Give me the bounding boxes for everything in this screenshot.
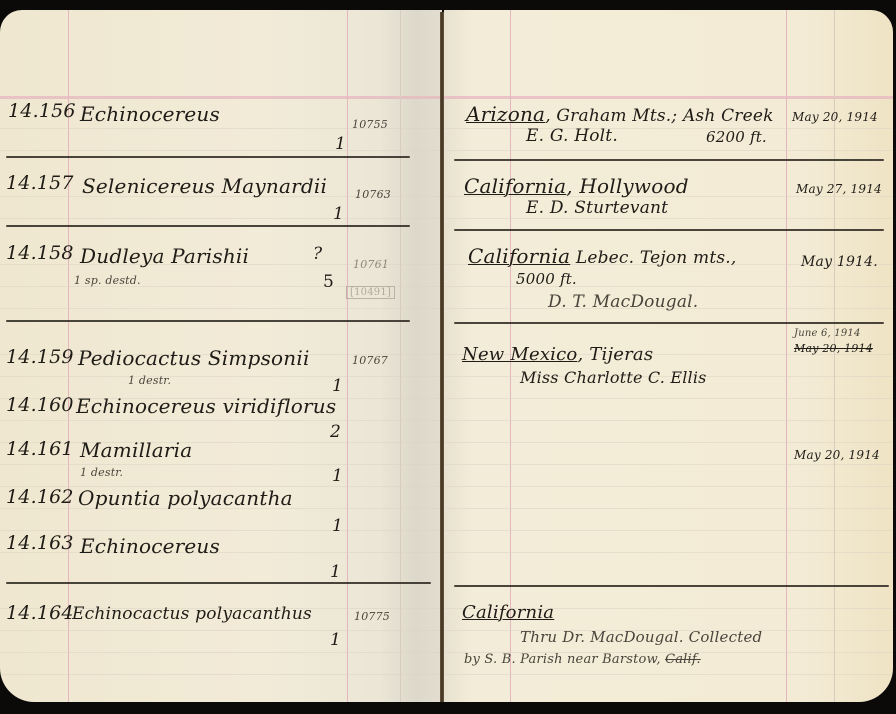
entry-note: 1 destr. (80, 466, 123, 479)
species-name: Selenicereus Maynardii (82, 174, 327, 198)
catalog-number: 10763 (355, 188, 391, 201)
species-name: Mamillaria (80, 438, 192, 462)
collector: D. T. MacDougal. (548, 292, 698, 312)
entry-number: 14.162 (6, 486, 74, 508)
count-column-rule (347, 10, 348, 702)
entry-note: 1 sp. destd. (74, 274, 141, 287)
entry-note: 1 destr. (128, 374, 171, 387)
specimen-count: 1 (330, 562, 341, 582)
locality-line: California Lebec. Tejon mts., (468, 244, 736, 268)
entry-number: 14.163 (6, 532, 74, 554)
specimen-count: 1 (332, 376, 343, 396)
collection-date: June 6, 1914 (794, 328, 861, 339)
species-name: Opuntia polyacantha (78, 486, 293, 510)
locality-line: New Mexico, Tijeras (462, 344, 653, 365)
locality-line: California (462, 602, 554, 623)
left-page: 14.156 Echinocereus 1 10755 14.157 Selen… (0, 10, 442, 702)
entry-number: 14.157 (6, 172, 74, 194)
boxed-number: [10491] (346, 286, 395, 299)
collection-date: May 20, 1914 (792, 110, 878, 124)
species-name: Dudleya Parishii (80, 244, 249, 268)
ledger-book: 14.156 Echinocereus 1 10755 14.157 Selen… (0, 0, 896, 714)
struck-date: May 20, 1914 (794, 342, 873, 355)
specimen-count: 1 (333, 204, 344, 224)
locality-line: California, Hollywood (464, 174, 689, 198)
locality-line: Arizona, Graham Mts.; Ash Creek (466, 102, 774, 126)
collection-date: May 27, 1914 (796, 182, 882, 196)
specimen-count: 1 (335, 134, 346, 154)
collector-detail: by S. B. Parish near Barstow, (464, 652, 661, 667)
species-name: Pediocactus Simpsonii (78, 346, 310, 370)
species-name: Echinocereus (80, 102, 220, 126)
state: New Mexico (462, 344, 577, 365)
state: California (462, 602, 554, 623)
locality: , Hollywood (566, 174, 689, 198)
collector: Miss Charlotte C. Ellis (520, 368, 707, 387)
catalog-number: 10755 (352, 118, 388, 131)
specimen-count: 2 (330, 422, 341, 442)
state: California (468, 244, 570, 268)
locality: Lebec. Tejon mts., (570, 248, 736, 268)
specimen-count: 1 (330, 630, 341, 650)
header-rule (0, 96, 442, 99)
collector: E. G. Holt. (526, 126, 618, 146)
catalog-number: 10775 (354, 610, 390, 623)
collector-line-2: by S. B. Parish near Barstow, Calif. (464, 652, 701, 667)
collection-date: May 20, 1914 (794, 448, 880, 462)
query-mark: ? (313, 244, 322, 264)
struck-text: Calif. (665, 652, 701, 667)
entry-number: 14.164 (6, 602, 74, 624)
header-rule (444, 96, 893, 99)
catalog-number: 10761 (353, 258, 389, 271)
locality: , Graham Mts.; Ash Creek (545, 106, 773, 126)
specimen-count: 1 (332, 466, 343, 486)
collection-date: May 1914. (801, 254, 878, 270)
date-column-rule (786, 10, 787, 702)
species-name: Echinocereus (80, 534, 220, 558)
specimen-count: 5 (323, 272, 334, 292)
entry-number: 14.158 (6, 242, 74, 264)
right-page: Arizona, Graham Mts.; Ash Creek E. G. Ho… (444, 10, 893, 702)
collector: E. D. Sturtevant (526, 198, 668, 218)
species-name: Echinocereus viridiflorus (76, 394, 336, 418)
state: California (464, 174, 566, 198)
catalog-column-rule (400, 10, 401, 702)
entry-number: 14.160 (6, 394, 74, 416)
entry-number: 14.161 (6, 438, 74, 460)
elevation: 5000 ft. (516, 270, 577, 288)
elevation: 6200 ft. (706, 128, 767, 146)
entry-number: 14.156 (8, 100, 76, 122)
collector: Thru Dr. MacDougal. Collected (520, 628, 762, 646)
species-name: Echinocactus polyacanthus (72, 604, 312, 624)
state: Arizona (466, 102, 545, 126)
catalog-number: 10767 (352, 354, 388, 367)
locality: , Tijeras (577, 344, 653, 365)
entry-number: 14.159 (6, 346, 74, 368)
specimen-count: 1 (332, 516, 343, 536)
